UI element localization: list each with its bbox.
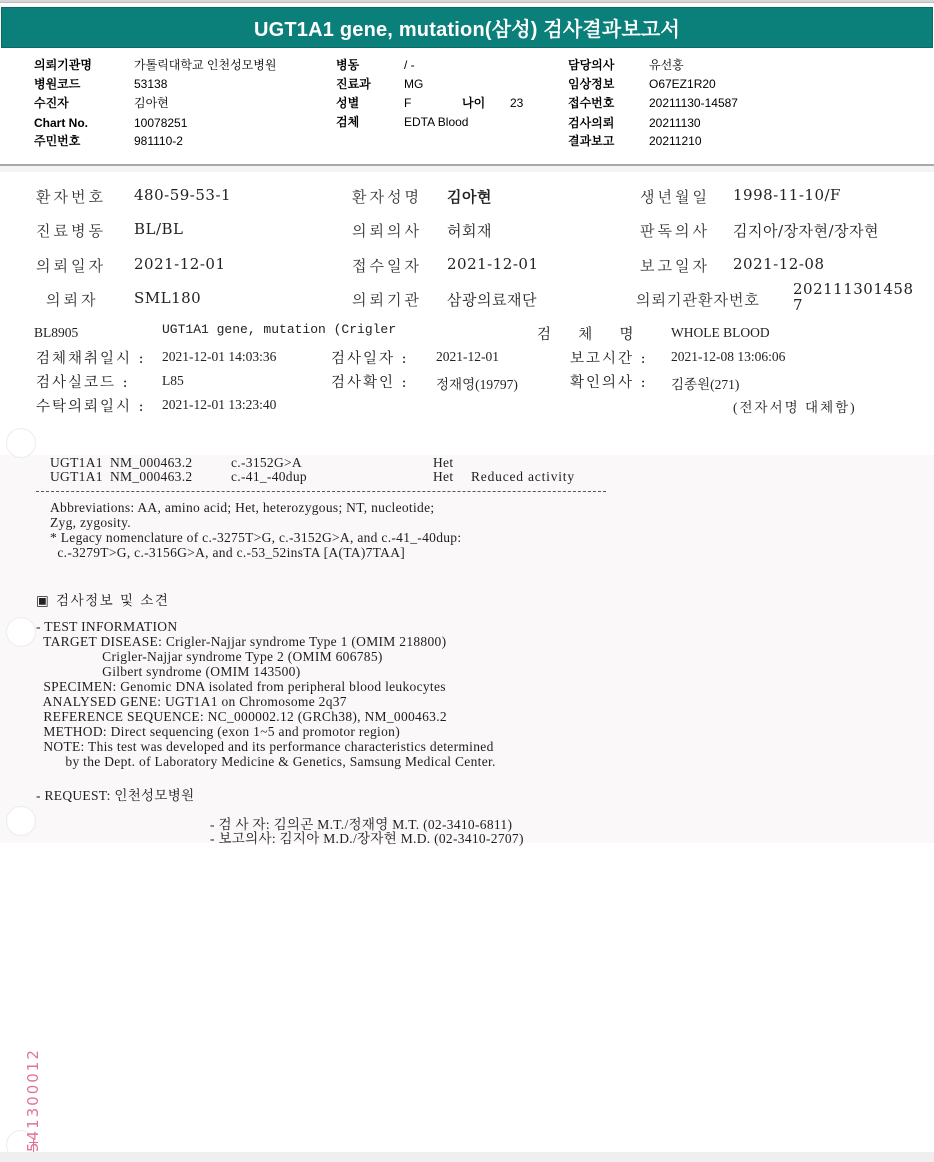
patient-label-requester: 의뢰자 (46, 289, 98, 310)
variant-effect: Reduced activity (471, 469, 575, 485)
lab-code-value: L85 (162, 373, 184, 389)
footnote-line: Zyg, zygosity. (50, 515, 131, 531)
variant-gene: UGT1A1 (50, 469, 103, 485)
patient-label-patient-no: 환자번호 (36, 186, 106, 207)
header-value-accession-no: 20211130-14587 (649, 96, 738, 110)
report-time-value: 2021-12-08 13:06:06 (671, 349, 785, 365)
punch-hole (6, 428, 36, 458)
findings-request: - REQUEST: 인천성모병원 (36, 784, 194, 804)
findings-line: Crigler-Najjar syndrome Type 2 (OMIM 606… (36, 649, 383, 665)
header-value-ward: / - (404, 58, 415, 72)
header-value-result-report: 20211210 (649, 134, 702, 148)
header-value-test-request: 20211130 (649, 116, 701, 130)
confirm-doctor-label: 확인의사 : (570, 371, 648, 392)
header-label-institution: 의뢰기관명 (34, 58, 92, 72)
header-value-attending: 유선홍 (649, 58, 684, 72)
patient-value-institution-patient-no-1: 202111301458 (793, 281, 914, 297)
patient-value-name: 김아현 (447, 186, 492, 207)
report-title-bar: UGT1A1 gene, mutation(삼성) 검사결과보고서 (1, 7, 933, 48)
findings-line: - TEST INFORMATION (36, 619, 177, 635)
lab-code-label: 검사실코드 : (36, 371, 130, 392)
dashed-divider (36, 491, 606, 492)
patient-label-request-date: 의뢰일자 (36, 255, 106, 276)
patient-label-receipt-date: 접수일자 (352, 255, 422, 276)
header-value-resident-no: 981110-2 (134, 134, 183, 148)
findings-line: NOTE: This test was developed and its pe… (36, 739, 494, 755)
variant-transcript: NM_000463.2 (110, 469, 192, 485)
header-label-hospital-code: 병원코드 (34, 77, 80, 91)
header-label-attending: 담당의사 (568, 58, 614, 72)
findings-line: METHOD: Direct sequencing (exon 1~5 and … (36, 724, 400, 740)
patient-value-receipt-date: 2021-12-01 (447, 255, 538, 273)
punch-hole (6, 617, 36, 647)
patient-value-birthdate: 1998-11-10/F (733, 186, 841, 204)
header-shade (0, 166, 934, 172)
findings-line: TARGET DISEASE: Crigler-Najjar syndrome … (36, 634, 446, 650)
report-title: UGT1A1 gene, mutation(삼성) 검사결과보고서 (254, 13, 680, 42)
footnote-line: c.-3279T>G, c.-3156G>A, and c.-53_52insT… (50, 545, 405, 561)
patient-value-reading-doctor: 김지아/장자현/장자현 (733, 220, 879, 241)
patient-value-institution-patient-no-2: 7 (793, 297, 803, 313)
patient-label-ward: 진료병동 (36, 220, 106, 241)
header-value-department: MG (404, 77, 423, 91)
header-info: 의뢰기관명 가톨릭대학교 인천성모병원 병원코드 53138 수진자 김아현 C… (0, 58, 934, 158)
header-value-hospital-code: 53138 (134, 77, 167, 91)
header-label-age: 나이 (462, 96, 485, 110)
report-time-label: 보고시간 : (570, 347, 648, 368)
test-date-value: 2021-12-01 (436, 349, 499, 365)
collect-time-value: 2021-12-01 14:03:36 (162, 349, 276, 365)
header-value-age: 23 (510, 96, 523, 110)
patient-value-requesting-doctor: 허회재 (447, 220, 492, 241)
esign-note: (전자서명 대체함) (733, 396, 857, 416)
footnote-line: * Legacy nomenclature of c.-3275T>G, c.-… (50, 530, 461, 546)
footnote-line: Abbreviations: AA, amino acid; Het, hete… (50, 500, 434, 516)
barcode-mark-tick (29, 1142, 38, 1143)
confirm-doctor-value: 김종원(271) (671, 373, 739, 393)
consign-time-label: 수탁의뢰일시 : (36, 395, 146, 416)
header-label-test-request: 검사의뢰 (568, 116, 614, 130)
barcode-number: 541300012 (24, 1012, 44, 1152)
header-label-resident-no: 주민번호 (34, 134, 80, 148)
header-label-chart-no: Chart No. (34, 116, 88, 130)
test-code: BL8905 (34, 325, 78, 341)
header-value-sex: F (404, 96, 411, 110)
collect-time-label: 검체채취일시 : (36, 347, 146, 368)
bottom-bar (0, 1152, 934, 1162)
test-confirm-label: 검사확인 : (331, 371, 409, 392)
findings-line: ANALYSED GENE: UGT1A1 on Chromosome 2q37 (36, 694, 347, 710)
header-value-clinical-info: O67EZ1R20 (649, 77, 716, 91)
patient-value-patient-no: 480-59-53-1 (134, 186, 231, 204)
header-label-sex: 성별 (336, 96, 359, 110)
test-confirm-value: 정재영(19797) (436, 373, 518, 393)
test-date-label: 검사일자 : (331, 347, 409, 368)
specimen-name-label: 검 체 명 (537, 323, 639, 344)
header-value-institution: 가톨릭대학교 인천성모병원 (134, 58, 276, 72)
patient-value-requesting-institution: 삼광의료재단 (447, 289, 537, 310)
header-label-patient: 수진자 (34, 96, 69, 110)
barcode-mark (33, 1138, 34, 1152)
patient-value-ward: BL/BL (134, 220, 184, 238)
consign-time-value: 2021-12-01 13:23:40 (162, 397, 276, 413)
header-label-specimen: 검체 (336, 115, 359, 129)
punch-hole (6, 806, 36, 836)
findings-line: Gilbert syndrome (OMIM 143500) (36, 664, 301, 680)
findings-line: REFERENCE SEQUENCE: NC_000002.12 (GRCh38… (36, 709, 447, 725)
header-value-patient: 김아현 (134, 96, 169, 110)
patient-label-birthdate: 생년월일 (640, 186, 710, 207)
header-label-department: 진료과 (336, 77, 371, 91)
top-rule (0, 0, 934, 3)
patient-label-report-date: 보고일자 (640, 255, 710, 276)
findings-section-title: ▣ 검사정보 및 소견 (36, 589, 169, 609)
patient-value-requester: SML180 (134, 289, 201, 307)
findings-line: SPECIMEN: Genomic DNA isolated from peri… (36, 679, 446, 695)
variant-change: c.-41_-40dup (231, 469, 307, 485)
header-value-chart-no: 10078251 (134, 116, 187, 130)
patient-label-reading-doctor: 판독의사 (640, 220, 710, 241)
header-label-accession-no: 접수번호 (568, 96, 614, 110)
header-label-clinical-info: 임상정보 (568, 77, 614, 91)
patient-label-requesting-institution: 의뢰기관 (352, 289, 422, 310)
specimen-name-value: WHOLE BLOOD (671, 325, 770, 341)
variant-zygosity: Het (433, 469, 453, 485)
header-label-result-report: 결과보고 (568, 134, 614, 148)
patient-value-request-date: 2021-12-01 (134, 255, 225, 273)
patient-label-institution-patient-no: 의뢰기관환자번호 (636, 289, 760, 310)
header-label-ward: 병동 (336, 58, 359, 72)
findings-line: by the Dept. of Laboratory Medicine & Ge… (36, 754, 496, 770)
patient-value-report-date: 2021-12-08 (733, 255, 824, 273)
patient-label-name: 환자성명 (352, 186, 422, 207)
patient-label-requesting-doctor: 의뢰의사 (352, 220, 422, 241)
test-name: UGT1A1 gene, mutation (Crigler (162, 322, 396, 337)
signer-line: - 보고의사: 김지아 M.D./장자현 M.D. (02-3410-2707) (210, 827, 524, 847)
header-value-specimen: EDTA Blood (404, 115, 468, 129)
